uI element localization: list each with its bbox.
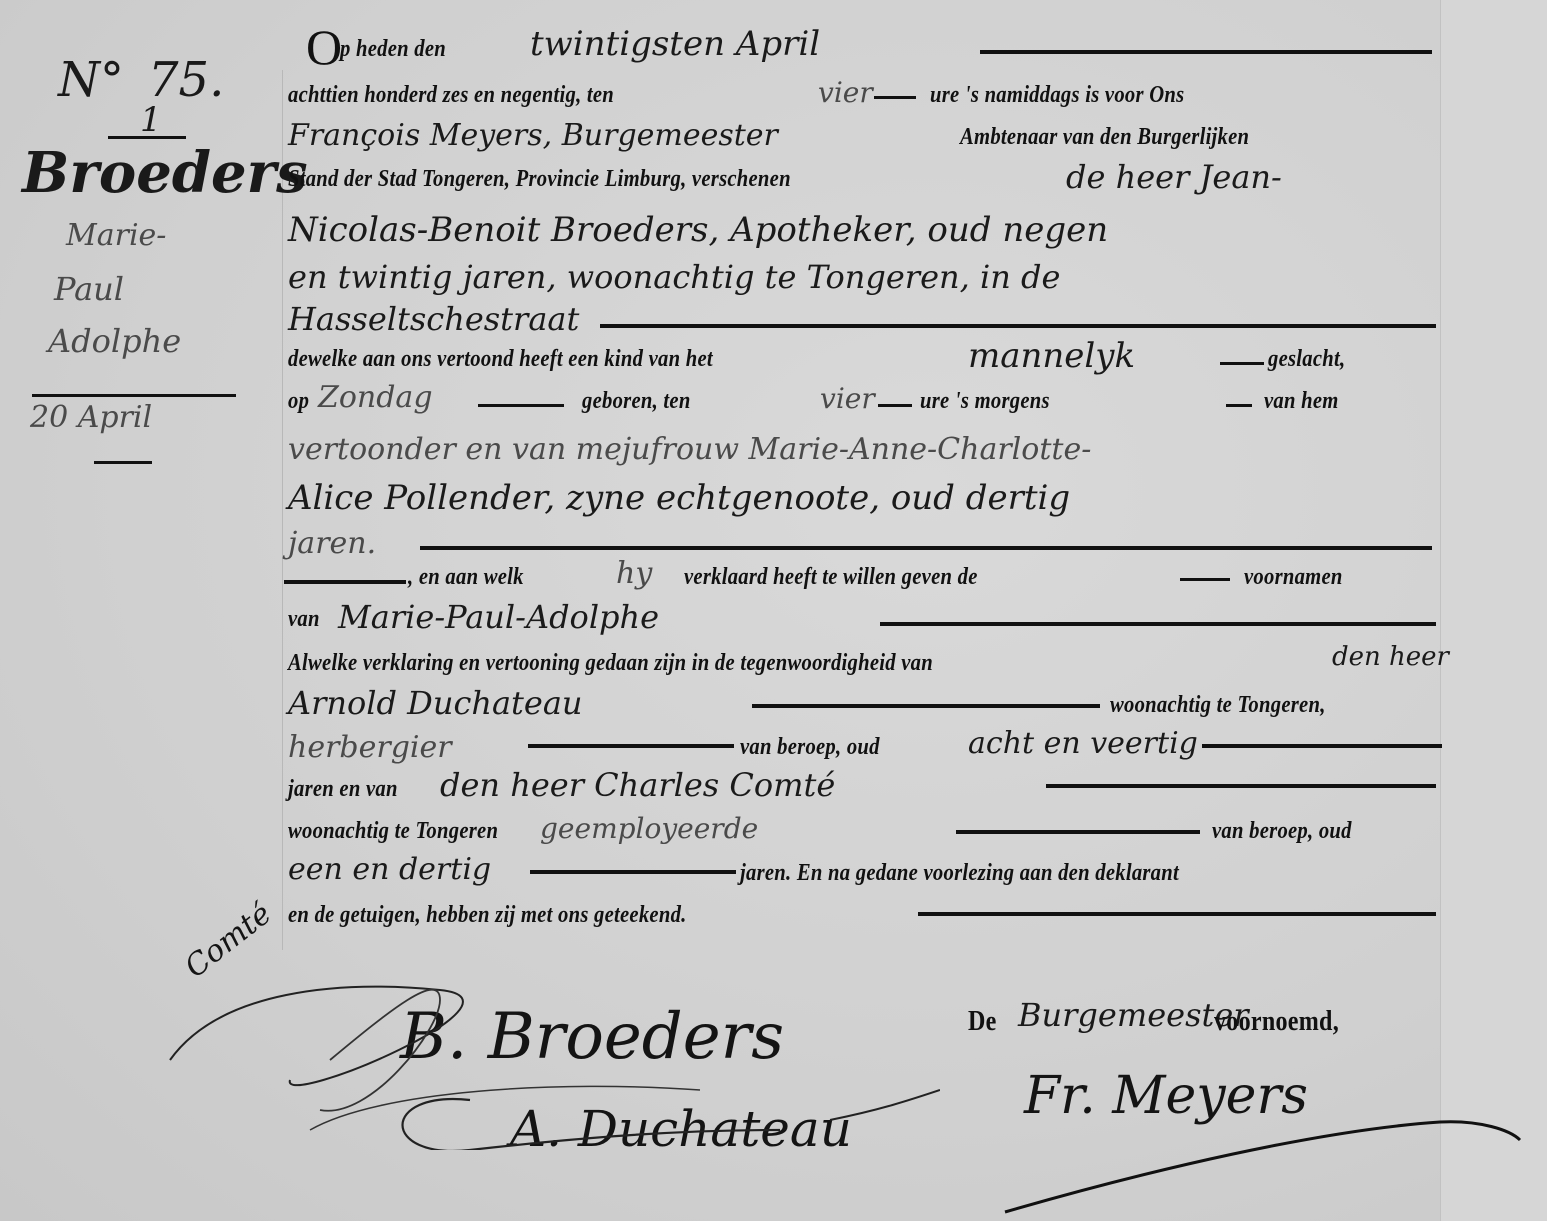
line-3-after: Ambtenaar van den Burgerlijken bbox=[960, 124, 1249, 151]
line-15-handwritten: den heer bbox=[1332, 642, 1449, 672]
line-17-handwritten: herbergier bbox=[288, 730, 452, 765]
line-9-handwritten: Zondag bbox=[318, 380, 433, 415]
line-19-handwritten: geemployeerde bbox=[540, 812, 758, 845]
margin-date: 20 April bbox=[30, 400, 152, 435]
fill-line bbox=[1180, 578, 1230, 581]
fill-line bbox=[478, 404, 564, 407]
fill-line bbox=[600, 324, 1436, 328]
line-18-printed: jaren en van bbox=[288, 776, 398, 803]
line-13-printed: , en aan welk bbox=[408, 564, 524, 591]
fill-line bbox=[878, 404, 912, 407]
line-16-handwritten: Arnold Duchateau bbox=[288, 684, 583, 722]
fill-line bbox=[752, 704, 1100, 708]
line-20-handwritten: een en dertig bbox=[288, 852, 491, 887]
line-14-handwritten: Marie-Paul-Adolphe bbox=[338, 598, 659, 636]
fill-line bbox=[1046, 784, 1436, 788]
line-1-handwritten: twintigsten April bbox=[530, 24, 820, 64]
line-1-printed: p heden den bbox=[340, 36, 446, 63]
number-underline bbox=[108, 136, 186, 139]
line-4-handwritten: de heer Jean- bbox=[1066, 158, 1282, 196]
line-11-handwritten: Alice Pollender, zyne echtgenoote, oud d… bbox=[288, 478, 1070, 518]
margin-given-name-3: Adolphe bbox=[48, 322, 181, 360]
margin-given-name-1: Marie- bbox=[66, 218, 166, 253]
fill-line bbox=[874, 96, 916, 99]
fill-line bbox=[1202, 744, 1442, 748]
line-13-after: verklaard heeft te willen geven de bbox=[684, 564, 978, 591]
line-2-printed: achttien honderd zes en negentig, ten bbox=[288, 82, 614, 109]
line-19-printed: woonachtig te Tongeren bbox=[288, 818, 498, 845]
mayor-caption-voornoemd: voornoemd, bbox=[1214, 1006, 1339, 1038]
margin-divider bbox=[32, 394, 236, 397]
fill-line bbox=[1226, 404, 1252, 407]
line-10-handwritten: vertoonder en van mejufrouw Marie-Anne-C… bbox=[288, 432, 1091, 467]
line-7-handwritten: Hasseltschestraat bbox=[288, 300, 579, 338]
line-9-printed: op bbox=[288, 388, 309, 415]
initial-letter: O bbox=[306, 18, 342, 76]
fill-line bbox=[420, 546, 1432, 550]
line-8-handwritten: mannelyk bbox=[968, 336, 1135, 376]
fill-line bbox=[880, 622, 1436, 626]
line-14-printed: van bbox=[288, 606, 320, 633]
line-8-after: geslacht, bbox=[1268, 346, 1345, 373]
line-9-tail: van hem bbox=[1264, 388, 1339, 415]
mayor-signature-flourish bbox=[1000, 1100, 1540, 1220]
fill-line bbox=[284, 580, 406, 584]
line-17-after: van beroep, oud bbox=[740, 734, 880, 761]
fill-line bbox=[528, 744, 734, 748]
fill-line bbox=[980, 50, 1432, 54]
line-2-handwritten: vier bbox=[818, 76, 873, 109]
fill-line bbox=[918, 912, 1436, 916]
line-18-handwritten: den heer Charles Comté bbox=[440, 766, 835, 804]
line-8-printed: dewelke aan ons vertoond heeft een kind … bbox=[288, 346, 713, 373]
line-21-printed: en de getuigen, hebben zij met ons getee… bbox=[288, 902, 687, 929]
line-6-handwritten: en twintig jaren, woonachtig te Tongeren… bbox=[288, 258, 1060, 296]
line-9-after: geboren, ten bbox=[582, 388, 691, 415]
margin-surname: Broeders bbox=[22, 140, 308, 206]
line-15-printed: Alwelke verklaring en vertooning gedaan … bbox=[288, 650, 933, 677]
line-17-age: acht en veertig bbox=[968, 726, 1198, 761]
line-9-hour: vier bbox=[820, 382, 875, 415]
margin-given-name-2: Paul bbox=[54, 270, 124, 308]
line-5-handwritten: Nicolas-Benoit Broeders, Apotheker, oud … bbox=[288, 210, 1108, 250]
line-12-handwritten: jaren. bbox=[288, 526, 376, 561]
line-13-handwritten: hy bbox=[616, 556, 652, 591]
line-13-voornamen: voornamen bbox=[1244, 564, 1343, 591]
fill-line bbox=[1220, 362, 1264, 365]
signature-flourishes bbox=[140, 950, 940, 1150]
mayor-caption-de: De bbox=[968, 1006, 997, 1038]
record-number-label: N° bbox=[58, 52, 124, 108]
fill-line bbox=[956, 830, 1200, 834]
line-3-handwritten: François Meyers, Burgemeester bbox=[288, 118, 778, 153]
date-underline bbox=[94, 461, 152, 464]
line-20-after: jaren. En na gedane voorlezing aan den d… bbox=[740, 860, 1179, 887]
line-16-after: woonachtig te Tongeren, bbox=[1110, 692, 1326, 719]
line-19-after: van beroep, oud bbox=[1212, 818, 1352, 845]
line-2-after: ure 's namiddags is voor Ons bbox=[930, 82, 1184, 109]
margin-annotation: N° 75. 1 Broeders Marie- Paul Adolphe 20… bbox=[0, 0, 290, 480]
record-sub-number: 1 bbox=[140, 100, 162, 140]
page-edge-strip bbox=[1440, 0, 1547, 1221]
line-9-ure: ure 's morgens bbox=[920, 388, 1050, 415]
fill-line bbox=[530, 870, 736, 874]
line-4-printed: Stand der Stad Tongeren, Provincie Limbu… bbox=[288, 166, 791, 193]
